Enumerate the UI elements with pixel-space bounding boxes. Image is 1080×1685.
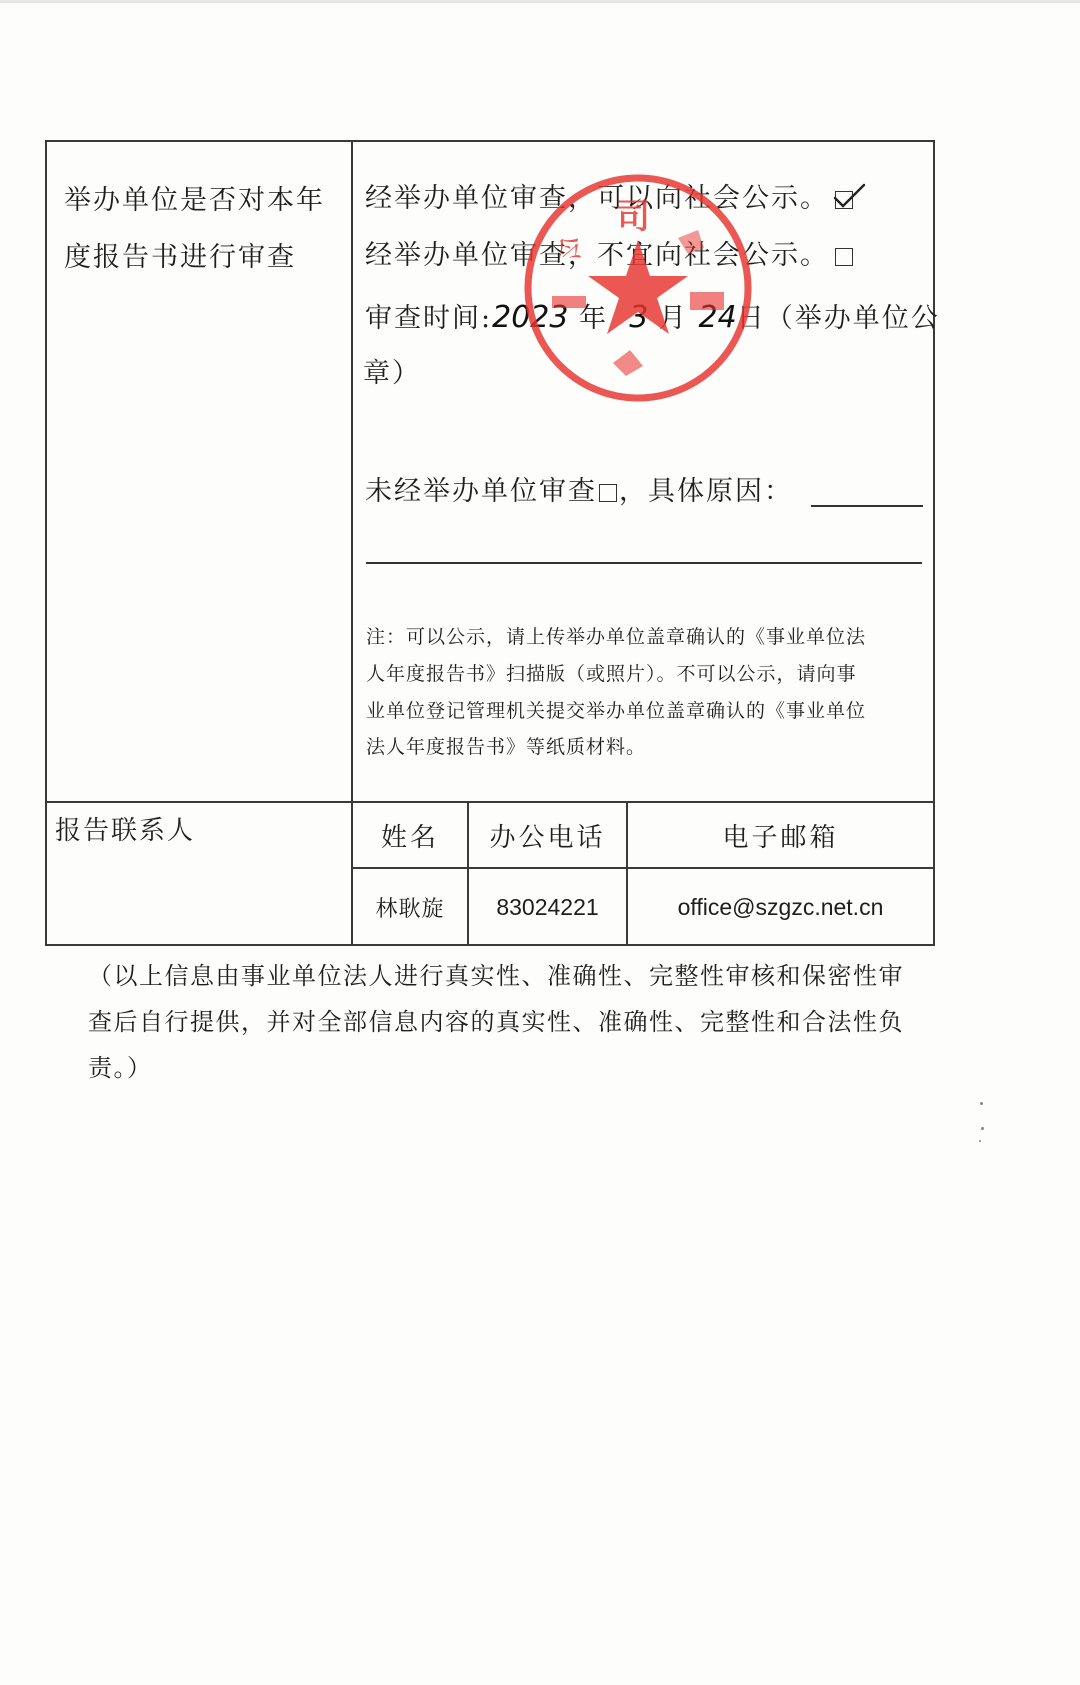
- not-reviewed-row: 未经举办单位审查，具体原因：: [365, 461, 793, 523]
- scan-speck: [980, 1102, 983, 1105]
- disclaimer-text: （以上信息由事业单位法人进行真实性、准确性、完整性审核和保密性审查后自行提供，并…: [88, 953, 908, 1091]
- review-time-label: 审查时间:: [365, 303, 492, 334]
- option-approved[interactable]: 经举办单位审查，可以向社会公示。: [365, 168, 853, 230]
- review-label-line2: 度报告书进行审查: [64, 227, 296, 289]
- note-line-4: 法人年度报告书》等纸质材料。: [366, 729, 646, 766]
- reason-input-line1[interactable]: [811, 505, 923, 507]
- note-line-1: 注：可以公示，请上传举办单位盖章确认的《事业单位法: [366, 619, 866, 656]
- year-unit: 年: [579, 303, 608, 334]
- seal-note-line1: （举办单位公: [766, 303, 940, 334]
- review-label-line1: 举办单位是否对本年: [64, 170, 325, 232]
- contact-label: 报告联系人: [55, 800, 195, 862]
- approved-checkbox[interactable]: [835, 191, 853, 209]
- day-unit: 日: [737, 303, 766, 334]
- review-month: 3: [629, 300, 648, 335]
- not-reviewed-label: 未经举办单位审查: [365, 476, 597, 507]
- month-unit: 月: [659, 303, 688, 334]
- option-rejected-label: 经举办单位审查，不宜向社会公示。: [365, 240, 829, 271]
- header-email: 电子邮箱: [628, 803, 933, 867]
- note-line-3: 业单位登记管理机关提交举办单位盖章确认的《事业单位: [366, 693, 866, 730]
- reason-input-line2[interactable]: [366, 562, 922, 564]
- note-line-2: 人年度报告书》扫描版（或照片）。不可以公示，请向事: [366, 656, 857, 693]
- rejected-checkbox[interactable]: [835, 248, 853, 266]
- option-rejected[interactable]: 经举办单位审查，不宜向社会公示。: [365, 225, 853, 287]
- contact-name: 林耿旋: [353, 869, 467, 945]
- checkmark-icon: [832, 182, 866, 212]
- reason-label: ，具体原因：: [619, 476, 793, 507]
- scan-speck: [981, 1127, 984, 1130]
- page-top-edge: [0, 0, 1080, 3]
- not-reviewed-checkbox[interactable]: [599, 484, 617, 502]
- review-time-row: 审查时间:2023 年 3 月 24日（举办单位公: [365, 287, 940, 350]
- contact-phone: 83024221: [469, 869, 626, 945]
- review-day: 24: [699, 300, 737, 335]
- seal-note-line2: 章）: [363, 343, 421, 405]
- header-phone: 办公电话: [469, 803, 626, 867]
- contact-email[interactable]: office@szgzc.net.cn: [628, 869, 933, 945]
- header-name: 姓名: [353, 803, 467, 867]
- scan-speck: [979, 1140, 981, 1142]
- option-approved-label: 经举办单位审查，可以向社会公示。: [365, 183, 829, 214]
- review-year: 2023: [492, 300, 568, 335]
